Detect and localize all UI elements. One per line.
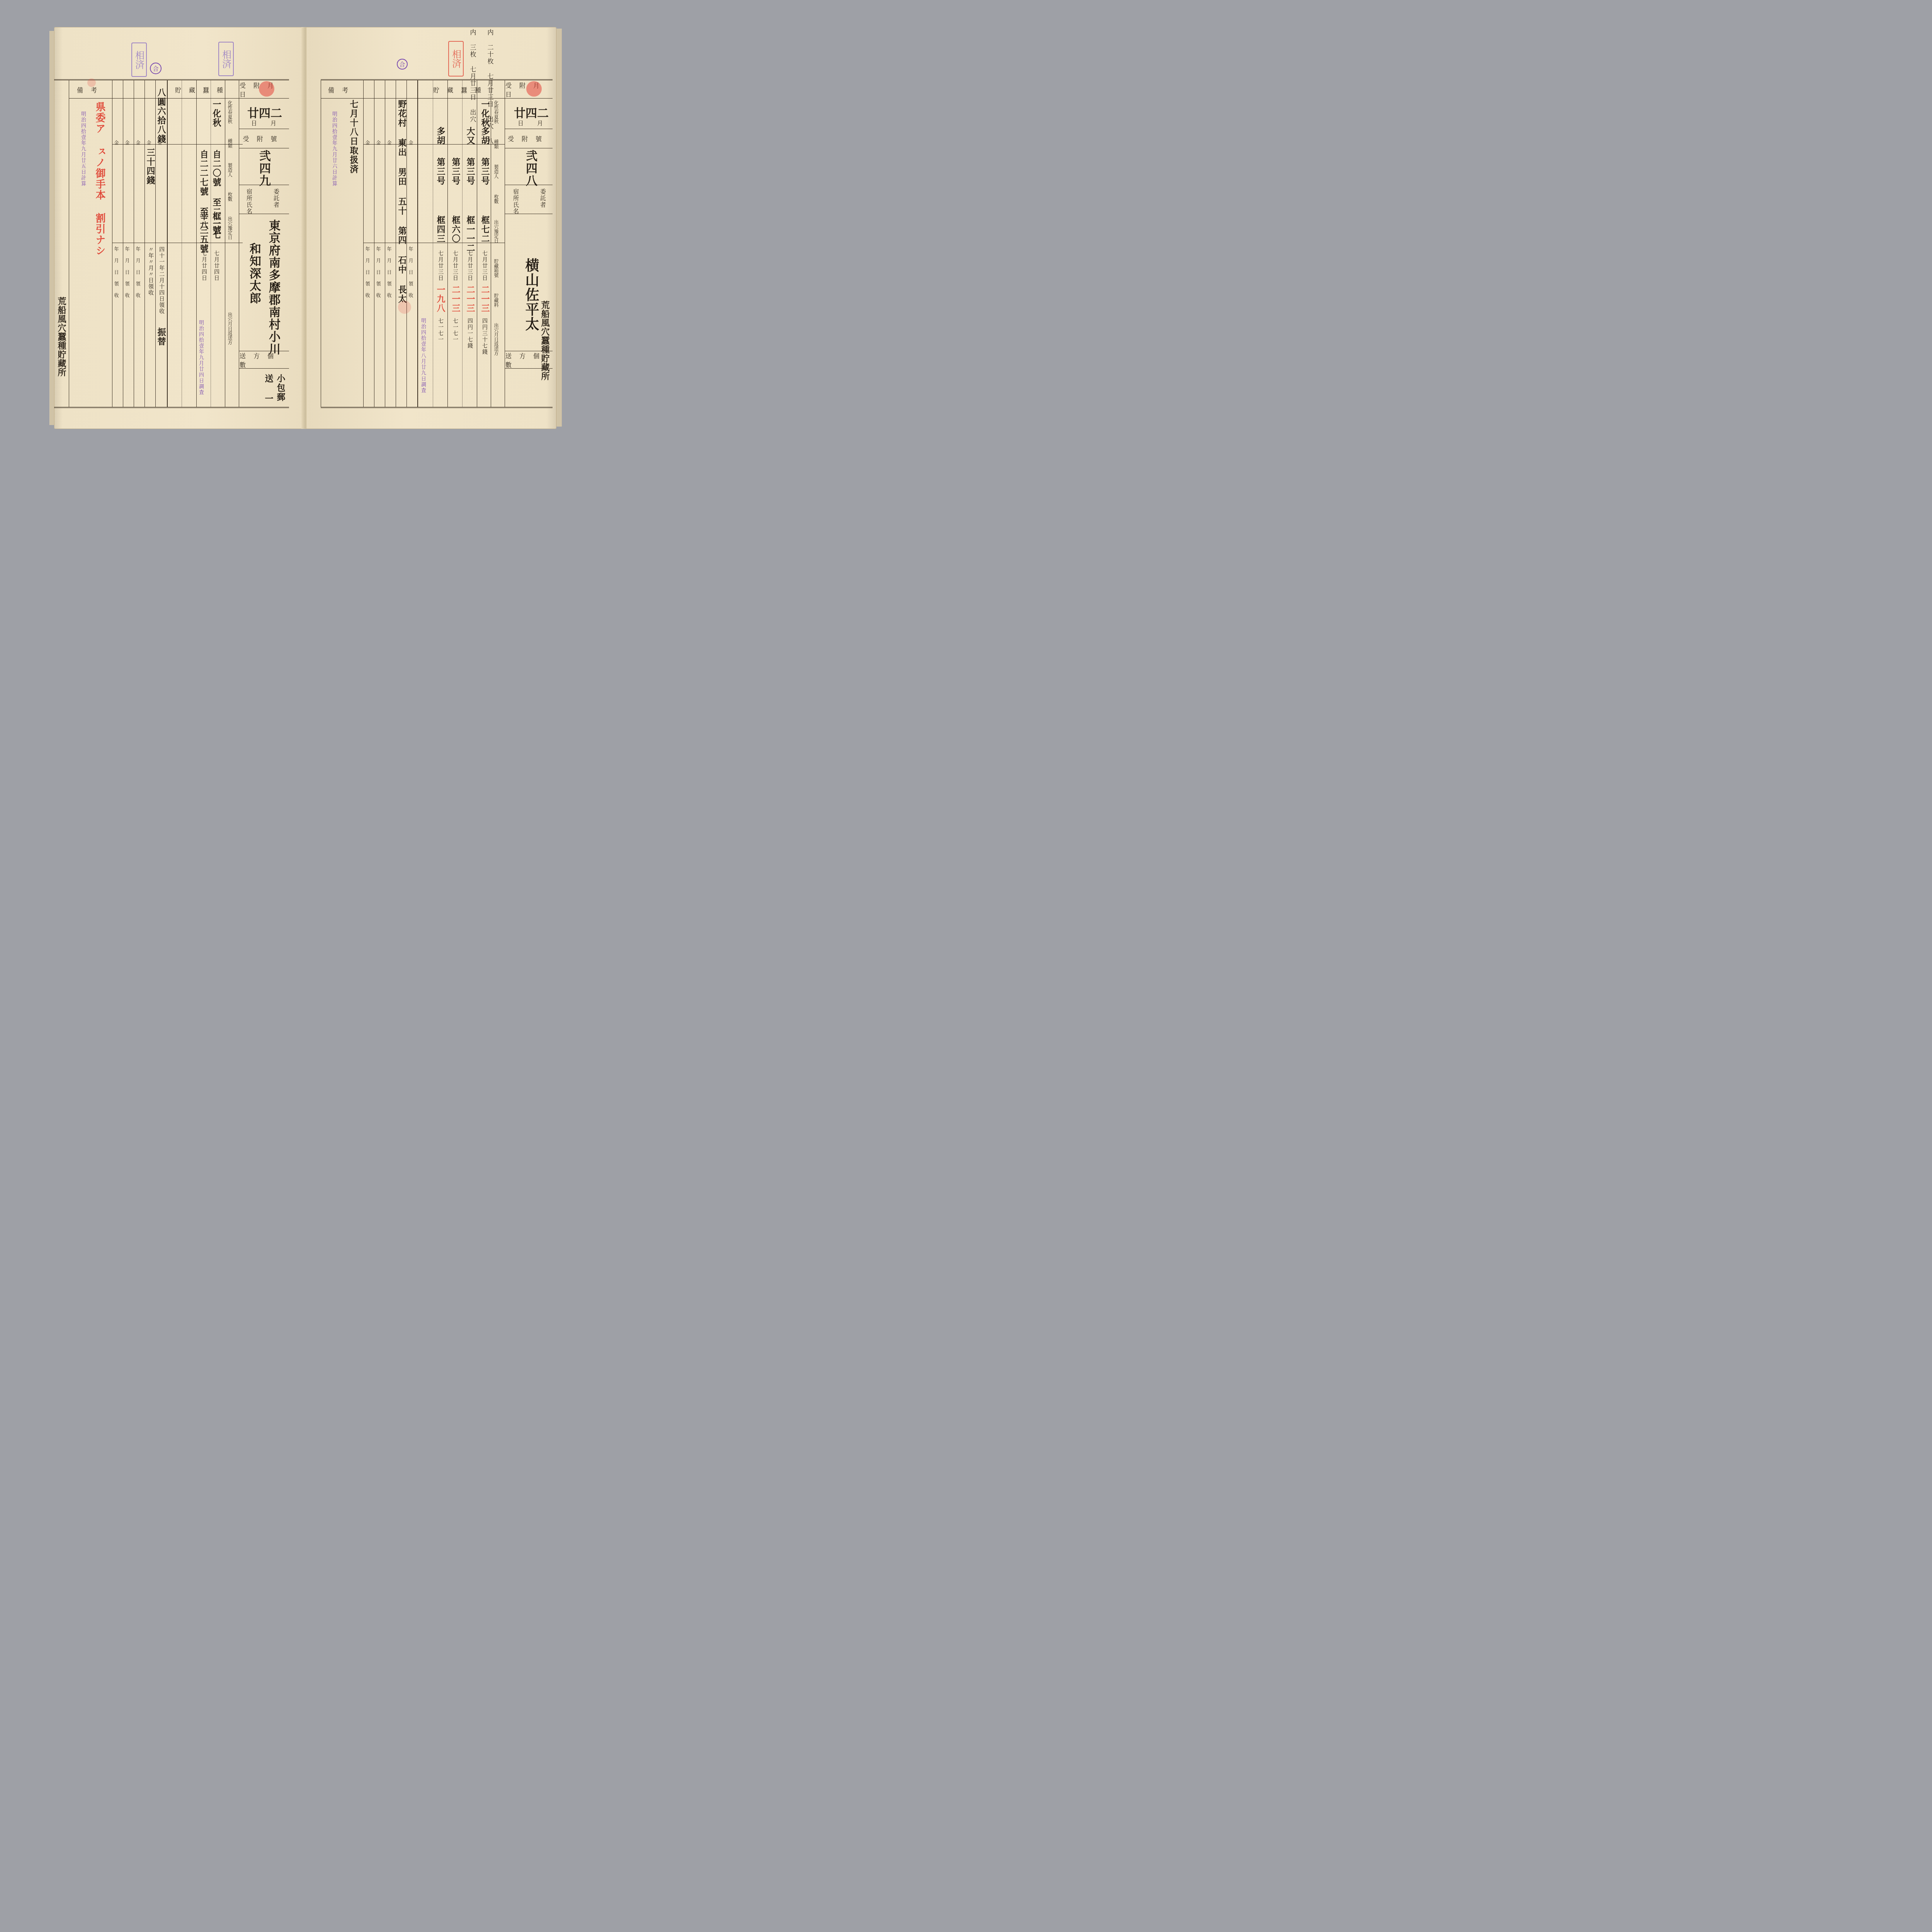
matched-circle-stamp: 合 <box>150 63 162 74</box>
fee-receipt-1: 四十一年二月十四日領收 <box>158 247 165 315</box>
receipt-template-3: 年月日領收 <box>135 247 141 304</box>
receipt-template-5: 年月日領收 <box>113 247 120 304</box>
storage-count-r4: 框四三 <box>435 216 447 243</box>
transfer-note: 振替 <box>155 328 167 346</box>
storage-exit-r2: 七月廿三日 <box>466 250 474 281</box>
name-column-right: 野花村 東出 男田 五十 第四 石中 長太 <box>396 100 408 304</box>
matched-stamp-text: 合 <box>153 65 158 73</box>
settled-stamp: 相済 <box>131 43 147 77</box>
fee-prefix-3: 金 <box>135 140 141 145</box>
settled-stamp-red: 相済 <box>448 41 464 77</box>
address-name-header-right: 宿所氏名 <box>512 189 520 215</box>
right-page: 合 相済 内 三枚 七月廿三日 出穴 内 二十枚 七月廿三日 出穴 八 <box>306 27 556 429</box>
received-red-seal-right <box>526 81 542 97</box>
received-number-header: 受附號 <box>240 131 288 146</box>
settled-stamp-2: 相済 <box>218 42 234 76</box>
received-month-right: 二 <box>537 104 549 121</box>
day-label: 日 <box>251 119 257 127</box>
calc-date-stamp-right: 明治四拾壹年九月廿六日計算 <box>330 111 338 187</box>
storage-header-right: 貯藏蠶種 <box>418 82 504 97</box>
received-month: 二 <box>270 104 282 121</box>
settled-stamp-text: 相済 <box>133 51 146 69</box>
storage-count-r3: 框六〇 <box>450 216 462 243</box>
row-labels-right: 化性春夏秋 種類 製造人 枚數 出穴豫定日 貯藏箱號 貯藏料 出穴月日返送方 <box>493 100 500 355</box>
received-day-right: 廿四 <box>514 104 537 121</box>
fee-amount-2: 三十四錢 <box>145 148 156 185</box>
storage-box-r2: 二一三 <box>464 285 476 313</box>
row-label-return: 出穴月日返送方 <box>227 312 233 345</box>
storage-box-r1: 二一三 <box>479 285 491 313</box>
fee-prefix-r3: 金 <box>386 140 393 145</box>
storage-fee-r4: 七一七一 <box>437 318 444 343</box>
storage-kind-r4: 多胡 <box>435 127 447 145</box>
storage-box-r3: 二一三 <box>450 285 462 313</box>
received-red-seal <box>259 81 274 97</box>
remarks-header-right: 備考 <box>321 82 363 97</box>
storage-exit-r3: 七月廿三日 <box>451 250 459 281</box>
storage-maker-2: 自二二七號 至二三五號 <box>198 150 210 253</box>
month-label-right: 月 <box>537 119 543 127</box>
calc-date-stamp: 明治四拾壹年九月廿五日計算 <box>79 111 87 187</box>
fee-prefix-2: 金 <box>146 140 152 145</box>
storage-exit-1: 七月廿四日 <box>213 250 220 281</box>
received-number-right: 弐四八 <box>522 150 539 187</box>
survey-date-stamp: 明治四拾壹年九月廿四日調査 <box>197 320 204 395</box>
day-label-right: 日 <box>518 119 524 127</box>
publisher-edge-text-left: 荒船風穴蠶種貯藏所 <box>56 297 68 377</box>
storage-maker-r2: 第三号 <box>464 158 476 185</box>
survey-date-stamp-right: 明治四拾壹年八月廿九日調査 <box>419 318 427 393</box>
consignor-name: 和知深太郎 <box>245 243 262 304</box>
consignor-header-right: 委託者 <box>539 189 547 208</box>
settled-stamp-text-2: 相済 <box>219 50 233 68</box>
consignor-address: 東京府南多摩郡南村小川 <box>265 219 282 355</box>
storage-fee-r1: 四円三十七錢 <box>481 318 488 355</box>
fee-prefix-r1: 金 <box>408 140 414 145</box>
address-name-header: 宿所氏名 <box>245 189 253 215</box>
receipt-template-r3: 年月日領收 <box>386 247 393 304</box>
fee-prefix-r5: 金 <box>364 140 371 145</box>
storage-count-r2: 框一一二 <box>464 216 476 253</box>
receipt-template-r5: 年月日領收 <box>364 247 371 304</box>
page-stack-right <box>556 29 562 427</box>
fee-prefix-4: 金 <box>124 140 131 145</box>
storage-count-r1: 框七二 <box>479 216 491 243</box>
storage-exit-r1: 七月廿三日 <box>481 250 488 281</box>
left-page: 相済 合 相済 <box>54 27 304 429</box>
matched-stamp-text-right: 合 <box>399 60 405 68</box>
storage-type-r1: 一化秋 <box>479 100 491 128</box>
storage-maker-r1: 第三号 <box>479 158 491 185</box>
storage-kind-r2: 大又 <box>464 127 476 145</box>
shipping-count-header: 送方個數 <box>240 353 288 367</box>
shipping-method: 小包郵送 一 <box>263 374 287 407</box>
consignor-name-right: 横山佐平太 <box>522 258 541 332</box>
fee-prefix-r2: 金 <box>397 140 403 145</box>
receipt-template-r1: 年月日領收 <box>408 247 414 304</box>
consignor-header: 委託者 <box>272 189 281 208</box>
remarks-hand-right: 七月十八日取扱済 <box>348 100 360 174</box>
open-ledger-book: 相済 合 相済 <box>54 27 556 433</box>
storage-exit-r4: 七月廿三日 <box>437 250 444 281</box>
fee-amount-1: 八圓六拾八錢 <box>155 88 167 144</box>
fee-receipt-2: 〃年〃月〃日領收 <box>147 247 155 296</box>
storage-exit-2: 七月廿四日 <box>200 250 208 281</box>
receipt-template-r4: 年月日領收 <box>375 247 382 304</box>
right-form-frame: 備考 貯藏蠶種 受附月日 化性春夏秋 種類 製造人 枚數 出穴豫定日 貯藏箱號 … <box>321 79 553 408</box>
storage-maker-r3: 第三号 <box>450 158 462 185</box>
storage-count-2: 平八 <box>198 212 210 230</box>
storage-kind-r1: 多胡 <box>479 127 491 145</box>
storage-fee-r2: 四円一七錢 <box>466 318 474 349</box>
matched-circle-stamp-right: 合 <box>397 59 408 70</box>
storage-count-1: 框二七 <box>211 212 223 240</box>
left-form-frame: 備考 貯藏蠶種 受附月日 化性春夏秋 種類 製造人 枚數 出穴豫定日 出穴月日返… <box>54 79 289 408</box>
storage-fee-r3: 七一七一 <box>451 318 459 343</box>
row-labels: 化性春夏秋 種類 製造人 枚數 出穴豫定日 <box>227 100 233 240</box>
received-day: 廿四 <box>247 104 270 121</box>
publisher-edge-text-right: 荒船風穴蠶種貯藏所 <box>539 301 551 381</box>
receipt-template-4: 年月日領收 <box>124 247 131 304</box>
remarks-red-note: 県委ア ㇲノ御手本 割引ナシ <box>93 102 107 256</box>
fee-prefix-r4: 金 <box>375 140 382 145</box>
storage-type-1: 一化秋 <box>211 100 223 128</box>
red-seal <box>87 78 96 87</box>
fee-prefix-5: 金 <box>113 140 120 145</box>
received-number-header-right: 受附號 <box>505 131 552 146</box>
storage-header: 貯藏蠶種 <box>168 82 238 97</box>
month-label: 月 <box>270 119 276 127</box>
storage-maker-r4: 第三号 <box>435 158 447 185</box>
storage-box-r4: 一九八 <box>435 285 447 313</box>
received-number: 弐四九 <box>255 150 272 187</box>
settled-stamp-red-text: 相済 <box>449 49 463 68</box>
